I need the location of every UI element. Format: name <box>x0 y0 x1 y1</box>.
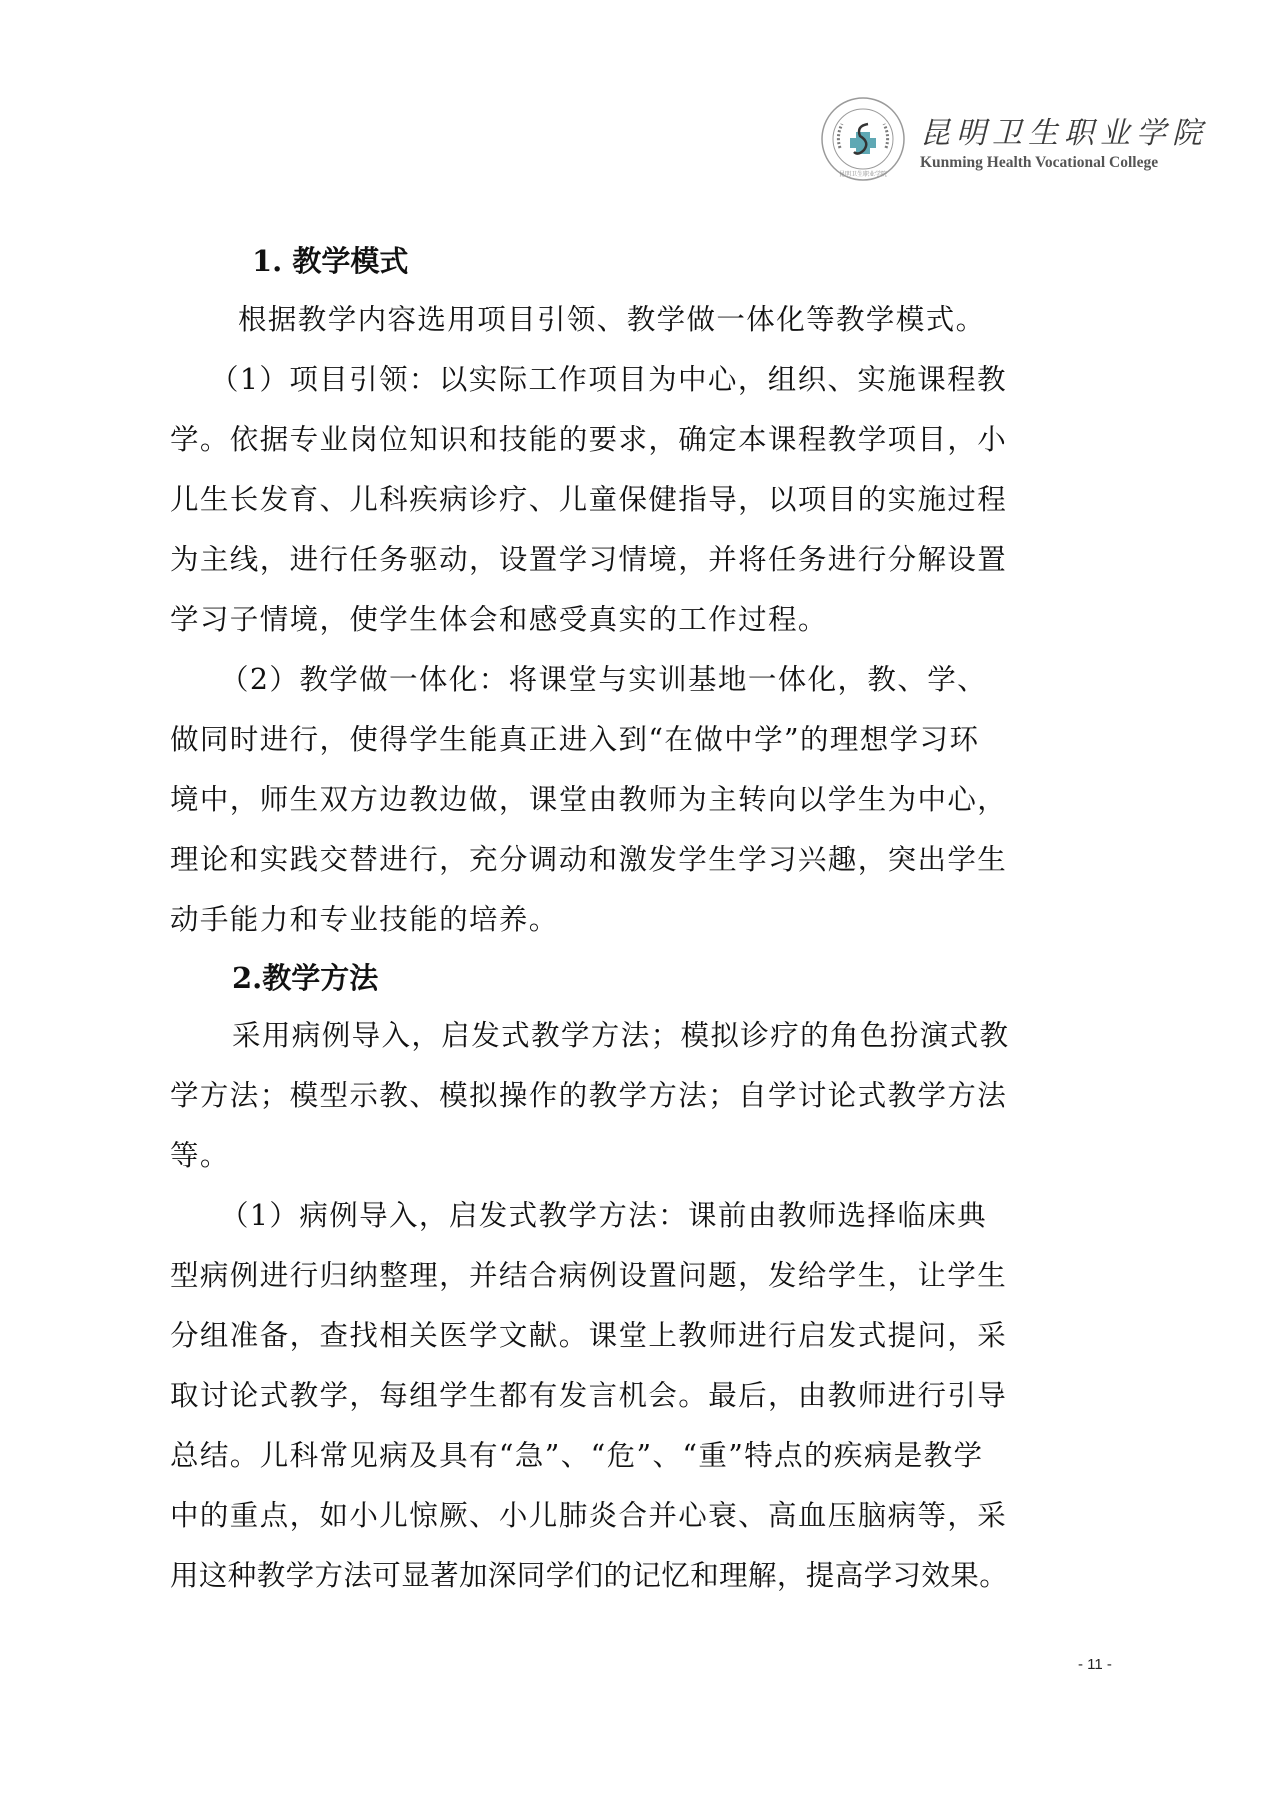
paragraph-line: 取讨论式教学，每组学生都有发言机会。最后，由教师进行引导 <box>170 1366 1130 1426</box>
paragraph-line: 学习子情境，使学生体会和感受真实的工作过程。 <box>170 590 1130 650</box>
college-emblem-icon: 昆明卫生职业学院 <box>820 96 906 182</box>
college-header: 昆明卫生职业学院 昆明卫生职业学院 Kunming Health Vocatio… <box>820 96 1200 188</box>
paragraph-line: （2）教学做一体化：将课堂与实训基地一体化，教、学、 <box>170 650 1130 710</box>
paragraph-line: 中的重点，如小儿惊厥、小儿肺炎合并心衰、高血压脑病等，采 <box>170 1486 1130 1546</box>
paragraph-line: 动手能力和专业技能的培养。 <box>170 890 1130 950</box>
paragraph-line: 根据教学内容选用项目引领、教学做一体化等教学模式。 <box>170 290 1130 350</box>
page-number: - 11 - <box>1078 1656 1112 1673</box>
paragraph-line: 用这种教学方法可显著加深同学们的记忆和理解，提高学习效果。 <box>170 1546 1130 1606</box>
paragraph-line: 学。依据专业岗位知识和技能的要求，确定本课程教学项目，小 <box>170 410 1130 470</box>
paragraph-project-led: （1）项目引领：以实际工作项目为中心，组织、实施课程教 学。依据专业岗位知识和技… <box>170 350 1130 650</box>
section-heading-teaching-mode: 1. 教学模式 <box>170 232 1130 290</box>
college-name-chinese: 昆明卫生职业学院 <box>920 108 1208 152</box>
paragraph-case-based: （1）病例导入，启发式教学方法：课前由教师选择临床典 型病例进行归纳整理，并结合… <box>170 1186 1130 1606</box>
paragraph-line: 做同时进行，使得学生能真正进入到“在做中学”的理想学习环 <box>170 710 1130 770</box>
document-body: 1. 教学模式 根据教学内容选用项目引领、教学做一体化等教学模式。 （1）项目引… <box>170 232 1130 1606</box>
paragraph-line: 学方法；模型示教、模拟操作的教学方法；自学讨论式教学方法 <box>170 1066 1130 1126</box>
paragraph-line: （1）项目引领：以实际工作项目为中心，组织、实施课程教 <box>170 350 1130 410</box>
paragraph-line: 儿生长发育、儿科疾病诊疗、儿童保健指导，以项目的实施过程 <box>170 470 1130 530</box>
paragraph-line: 理论和实践交替进行，充分调动和激发学生学习兴趣，突出学生 <box>170 830 1130 890</box>
paragraph-line: 分组准备，查找相关医学文献。课堂上教师进行启发式提问，采 <box>170 1306 1130 1366</box>
section-heading-teaching-methods: 2.教学方法 <box>170 950 1130 1006</box>
paragraph-teach-learn-do: （2）教学做一体化：将课堂与实训基地一体化，教、学、 做同时进行，使得学生能真正… <box>170 650 1130 950</box>
paragraph-line: 采用病例导入，启发式教学方法；模拟诊疗的角色扮演式教 <box>170 1006 1130 1066</box>
paragraph-line: 型病例进行归纳整理，并结合病例设置问题，发给学生，让学生 <box>170 1246 1130 1306</box>
college-name-english: Kunming Health Vocational College <box>920 154 1158 172</box>
paragraph-line: 总结。儿科常见病及具有“急”、“危”、“重”特点的疾病是教学 <box>170 1426 1130 1486</box>
paragraph-line: （1）病例导入，启发式教学方法：课前由教师选择临床典 <box>170 1186 1130 1246</box>
paragraph-line: 等。 <box>170 1126 1130 1186</box>
svg-text:昆明卫生职业学院: 昆明卫生职业学院 <box>839 170 887 178</box>
paragraph-methods-intro: 采用病例导入，启发式教学方法；模拟诊疗的角色扮演式教 学方法；模型示教、模拟操作… <box>170 1006 1130 1186</box>
paragraph-line: 境中，师生双方边教边做，课堂由教师为主转向以学生为中心， <box>170 770 1130 830</box>
paragraph-line: 为主线，进行任务驱动，设置学习情境，并将任务进行分解设置 <box>170 530 1130 590</box>
